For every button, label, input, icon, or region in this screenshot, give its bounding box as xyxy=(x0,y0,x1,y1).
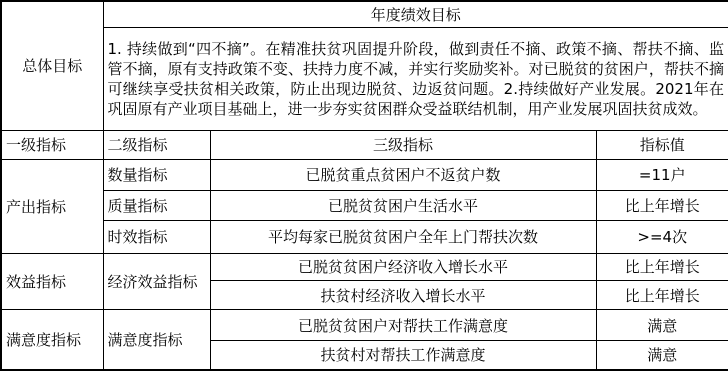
indicator-value: >=4次 xyxy=(596,221,728,254)
level3-indicator: 已脱贫贫困户生活水平 xyxy=(210,190,596,220)
level3-indicator: 扶贫村经济收入增长水平 xyxy=(210,280,596,309)
level2-indicator-satisfaction: 满意度指标 xyxy=(103,310,210,370)
level3-indicator: 已脱贫贫困户经济收入增长水平 xyxy=(210,253,596,280)
level2-indicator-quality: 质量指标 xyxy=(103,190,210,220)
level2-indicator-timeliness: 时效指标 xyxy=(103,221,210,254)
level3-indicator: 已脱贫重点贫困户不返贫户数 xyxy=(210,160,596,190)
level2-indicator-quantity: 数量指标 xyxy=(103,160,210,190)
column-header-value: 指标值 xyxy=(596,130,728,159)
indicator-value: 比上年增长 xyxy=(596,253,728,280)
performance-target-table: 总体目标 年度绩效目标 1. 持续做到“四不摘”。在精准扶贫巩固提升阶段，做到责… xyxy=(0,0,728,371)
overall-goal-label: 总体目标 xyxy=(1,1,103,130)
overall-goal-text: 1. 持续做到“四不摘”。在精准扶贫巩固提升阶段，做到责任不摘、政策不摘、帮扶不… xyxy=(103,27,728,130)
table-row: 产出指标 数量指标 已脱贫重点贫困户不返贫户数 =11户 xyxy=(1,160,728,190)
level1-indicator-benefit: 效益指标 xyxy=(1,253,103,310)
column-header-level1: 一级指标 xyxy=(1,130,103,159)
indicator-value: =11户 xyxy=(596,160,728,190)
table-row: 满意度指标 满意度指标 已脱贫贫困户对帮扶工作满意度 满意 xyxy=(1,310,728,340)
level1-indicator-output: 产出指标 xyxy=(1,160,103,253)
indicator-value: 比上年增长 xyxy=(596,190,728,220)
level1-indicator-satisfaction: 满意度指标 xyxy=(1,310,103,370)
level3-indicator: 已脱贫贫困户对帮扶工作满意度 xyxy=(210,310,596,340)
indicator-value: 比上年增长 xyxy=(596,280,728,309)
table-row: 时效指标 平均每家已脱贫贫困户全年上门帮扶次数 >=4次 xyxy=(1,221,728,254)
level2-indicator-economic-benefit: 经济效益指标 xyxy=(103,253,210,310)
table-row: 效益指标 经济效益指标 已脱贫贫困户经济收入增长水平 比上年增长 xyxy=(1,253,728,280)
indicator-value: 满意 xyxy=(596,310,728,340)
indicator-value: 满意 xyxy=(596,340,728,370)
table-title: 年度绩效目标 xyxy=(103,1,728,27)
table-row: 质量指标 已脱贫贫困户生活水平 比上年增长 xyxy=(1,190,728,220)
column-header-level2: 二级指标 xyxy=(103,130,210,159)
level3-indicator: 平均每家已脱贫贫困户全年上门帮扶次数 xyxy=(210,221,596,254)
level3-indicator: 扶贫村对帮扶工作满意度 xyxy=(210,340,596,370)
column-header-level3: 三级指标 xyxy=(210,130,596,159)
